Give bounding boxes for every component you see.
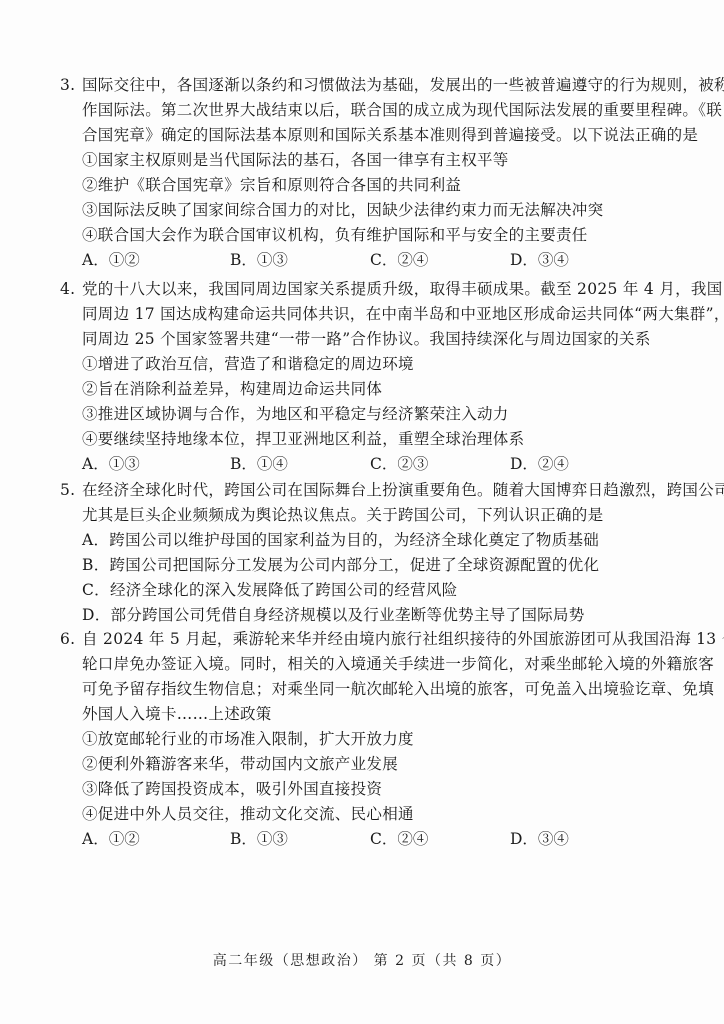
option-b: B．①③: [230, 827, 288, 852]
choice-b: B．跨国公司把国际分工发展为公司内部分工，促进了全球资源配置的优化: [60, 553, 660, 578]
statement-3: ③国际法反映了国家间综合国力的对比，因缺少法律约束力而无法解决冲突: [60, 198, 660, 223]
question-stem-line: 同周边 25 个国家签署共建“一带一路”合作协议。我国持续深化与周边国家的关系: [60, 327, 660, 352]
question-6: 6. 自 2024 年 5 月起，乘游轮来华并经由境内旅行社组织接待的外国旅游团…: [60, 627, 660, 852]
statement-4: ④联合国大会作为联合国审议机构，负有维护国际和平与安全的主要责任: [60, 223, 660, 248]
question-stem-line: 尤其是巨头企业频频成为舆论热议焦点。关于跨国公司，下列认识正确的是: [60, 503, 660, 528]
page-footer: 高二年级（思想政治） 第 2 页（共 8 页）: [0, 950, 724, 970]
stem-text: 在经济全球化时代，跨国公司在国际舞台上扮演重要角色。随着大国博弈日趋激烈，跨国公…: [82, 481, 724, 499]
statement-2: ②便利外籍游客来华，带动国内文旅产业发展: [60, 752, 660, 777]
stem-text: 国际交往中，各国逐渐以条约和习惯做法为基础，发展出的一些被普遍遵守的行为规则，被…: [82, 76, 724, 94]
question-stem-line: 同周边 17 国达成构建命运共同体共识，在中南半岛和中亚地区形成命运共同体“两大…: [60, 302, 660, 327]
answer-options: A．①② B．①③ C．②④ D．③④: [60, 248, 660, 273]
question-3: 3. 国际交往中，各国逐渐以条约和习惯做法为基础，发展出的一些被普遍遵守的行为规…: [60, 73, 660, 273]
question-number: 6.: [60, 627, 75, 652]
question-number: 5.: [60, 478, 75, 503]
question-number: 4.: [60, 277, 75, 302]
question-stem-line: 3. 国际交往中，各国逐渐以条约和习惯做法为基础，发展出的一些被普遍遵守的行为规…: [60, 73, 660, 98]
question-stem-line: 轮口岸免办签证入境。同时，相关的入境通关手续进一步简化，对乘坐邮轮入境的外籍旅客: [60, 652, 660, 677]
statement-2: ②旨在消除利益差异，构建周边命运共同体: [60, 377, 660, 402]
statement-3: ③推进区域协调与合作，为地区和平稳定与经济繁荣注入动力: [60, 402, 660, 427]
question-stem-line: 6. 自 2024 年 5 月起，乘游轮来华并经由境内旅行社组织接待的外国旅游团…: [60, 627, 660, 652]
statement-1: ①增进了政治互信，营造了和谐稳定的周边环境: [60, 352, 660, 377]
option-c: C．②③: [370, 452, 428, 477]
statement-4: ④要继续坚持地缘本位，捍卫亚洲地区利益，重塑全球治理体系: [60, 427, 660, 452]
answer-options: A．①② B．①③ C．②④ D．③④: [60, 827, 660, 852]
question-stem-line: 4. 党的十八大以来，我国同周边国家关系提质升级，取得丰硕成果。截至 2025 …: [60, 277, 660, 302]
question-stem-line: 作国际法。第二次世界大战结束以后，联合国的成立成为现代国际法发展的重要里程碑。《…: [60, 98, 660, 123]
option-a: A．①②: [82, 248, 140, 273]
question-number: 3.: [60, 73, 75, 98]
exam-page: 3. 国际交往中，各国逐渐以条约和习惯做法为基础，发展出的一些被普遍遵守的行为规…: [0, 0, 724, 1024]
question-5: 5. 在经济全球化时代，跨国公司在国际舞台上扮演重要角色。随着大国博弈日趋激烈，…: [60, 478, 660, 628]
question-stem-line: 外国人入境卡……上述政策: [60, 702, 660, 727]
question-stem-line: 合国宪章》确定的国际法基本原则和国际关系基本准则得到普遍接受。以下说法正确的是: [60, 123, 660, 148]
stem-text: 党的十八大以来，我国同周边国家关系提质升级，取得丰硕成果。截至 2025 年 4…: [82, 280, 724, 298]
answer-options: A．①③ B．①④ C．②③ D．②④: [60, 452, 660, 477]
option-d: D．②④: [510, 452, 569, 477]
question-stem-line: 5. 在经济全球化时代，跨国公司在国际舞台上扮演重要角色。随着大国博弈日趋激烈，…: [60, 478, 660, 503]
option-b: B．①③: [230, 248, 288, 273]
option-c: C．②④: [370, 248, 428, 273]
option-a: A．①③: [82, 452, 140, 477]
statement-1: ①放宽邮轮行业的市场准入限制，扩大开放力度: [60, 727, 660, 752]
option-c: C．②④: [370, 827, 428, 852]
statement-2: ②维护《联合国宪章》宗旨和原则符合各国的共同利益: [60, 173, 660, 198]
statement-4: ④促进中外人员交往，推动文化交流、民心相通: [60, 802, 660, 827]
option-b: B．①④: [230, 452, 288, 477]
option-d: D．③④: [510, 827, 569, 852]
option-a: A．①②: [82, 827, 140, 852]
choice-d: D．部分跨国公司凭借自身经济规模以及行业垄断等优势主导了国际局势: [60, 603, 660, 628]
statement-1: ①国家主权原则是当代国际法的基石，各国一律享有主权平等: [60, 148, 660, 173]
question-4: 4. 党的十八大以来，我国同周边国家关系提质升级，取得丰硕成果。截至 2025 …: [60, 277, 660, 477]
stem-text: 自 2024 年 5 月起，乘游轮来华并经由境内旅行社组织接待的外国旅游团可从我…: [82, 630, 724, 648]
choice-c: C．经济全球化的深入发展降低了跨国公司的经营风险: [60, 578, 660, 603]
option-d: D．③④: [510, 248, 569, 273]
question-stem-line: 可免予留存指纹生物信息；对乘坐同一航次邮轮入出境的旅客，可免盖入出境验讫章、免填: [60, 677, 660, 702]
choice-a: A．跨国公司以维护母国的国家利益为目的，为经济全球化奠定了物质基础: [60, 528, 660, 553]
statement-3: ③降低了跨国投资成本，吸引外国直接投资: [60, 777, 660, 802]
